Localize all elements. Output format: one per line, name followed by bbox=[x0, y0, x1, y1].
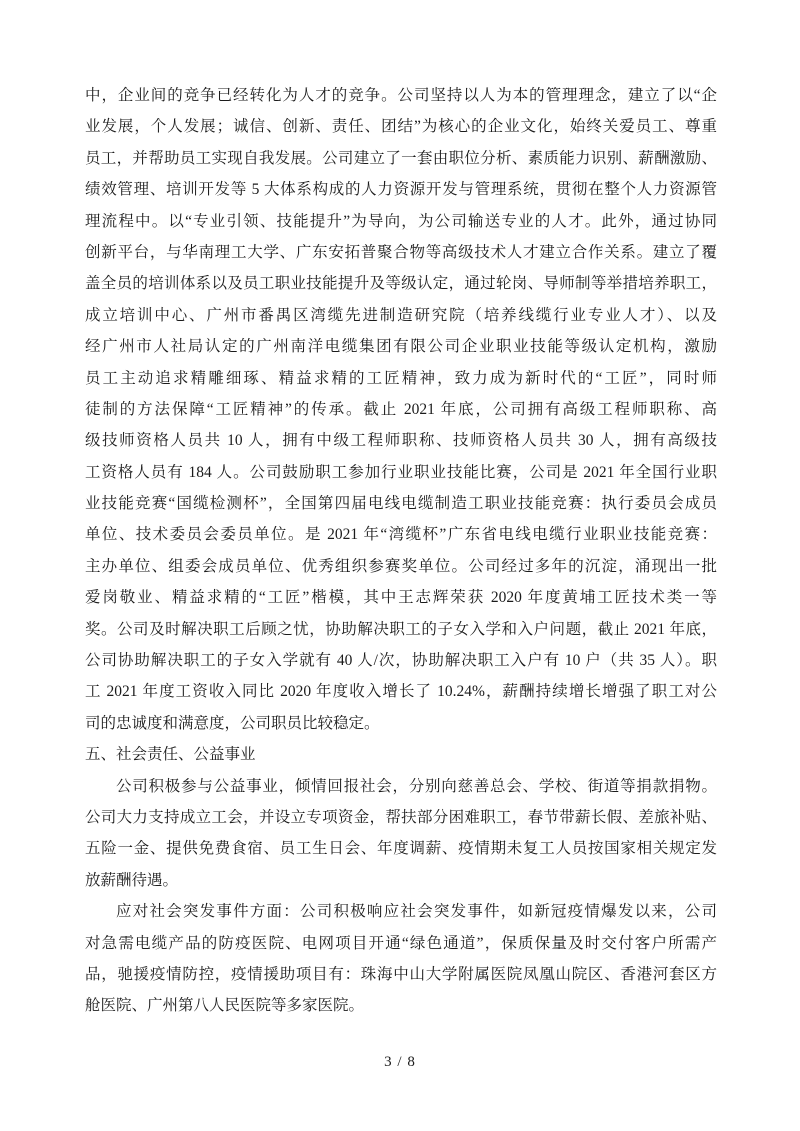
body-line: 盖全员的培训体系以及员工职业技能提升及等级认定，通过轮岗、导师制等举措培养职工， bbox=[85, 268, 717, 299]
page-body: 中，企业间的竞争已经转化为人才的竞争。公司坚持以人为本的管理理念，建立了以“企 … bbox=[85, 80, 717, 1022]
body-line: 理流程中。以“专业引领、技能提升”为导向，为公司输送专业的人才。此外，通过协同 bbox=[85, 206, 717, 237]
document-page: 中，企业间的竞争已经转化为人才的竞争。公司坚持以人为本的管理理念，建立了以“企 … bbox=[0, 0, 800, 1131]
body-line: 主办单位、组委会成员单位、优秀组织参赛奖单位。公司经过多年的沉淀，涌现出一批 bbox=[85, 551, 717, 582]
body-line: 工 2021 年度工资收入同比 2020 年度收入增长了 10.24%，薪酬持续… bbox=[85, 676, 717, 707]
body-line: 放薪酬待遇。 bbox=[85, 865, 717, 896]
body-line: 成立培训中心、广州市番禺区湾缆先进制造研究院（培养线缆行业专业人才）、以及 bbox=[85, 300, 717, 331]
body-line: 业发展，个人发展；诚信、创新、责任、团结”为核心的企业文化，始终关爱员工、尊重 bbox=[85, 111, 717, 142]
body-line: 员工，并帮助员工实现自我发展。公司建立了一套由职位分析、素质能力识别、薪酬激励、 bbox=[85, 143, 717, 174]
body-line: 品，驰援疫情防控，疫情援助项目有：珠海中山大学附属医院凤凰山院区、香港河套区方 bbox=[85, 959, 717, 990]
body-line: 创新平台，与华南理工大学、广东安拓普聚合物等高级技术人才建立合作关系。建立了覆 bbox=[85, 237, 717, 268]
body-line: 徒制的方法保障“工匠精神”的传承。截止 2021 年底，公司拥有高级工程师职称、… bbox=[85, 394, 717, 425]
body-line: 应对社会突发事件方面：公司积极响应社会突发事件，如新冠疫情爆发以来，公司 bbox=[85, 896, 717, 927]
body-line: 单位、技术委员会委员单位。是 2021 年“湾缆杯”广东省电线电缆行业职业技能竞… bbox=[85, 519, 717, 550]
body-line: 员工主动追求精雕细琢、精益求精的工匠精神，致力成为新时代的“工匠”，同时师 bbox=[85, 363, 717, 394]
body-line: 五险一金、提供免费食宿、员工生日会、年度调薪、疫情期未复工人员按国家相关规定发 bbox=[85, 833, 717, 864]
body-line: 级技师资格人员共 10 人，拥有中级工程师职称、技师资格人员共 30 人，拥有高… bbox=[85, 425, 717, 456]
section-heading: 五、社会责任、公益事业 bbox=[85, 739, 717, 770]
body-line: 对急需电缆产品的防疫医院、电网项目开通“绿色通道”，保质保量及时交付客户所需产 bbox=[85, 928, 717, 959]
body-line: 绩效管理、培训开发等 5 大体系构成的人力资源开发与管理系统，贯彻在整个人力资源… bbox=[85, 174, 717, 205]
body-line: 中，企业间的竞争已经转化为人才的竞争。公司坚持以人为本的管理理念，建立了以“企 bbox=[85, 80, 717, 111]
body-line: 公司大力支持成立工会，并设立专项资金，帮扶部分困难职工，春节带薪长假、差旅补贴、 bbox=[85, 802, 717, 833]
body-line: 爱岗敬业、精益求精的“工匠”楷模，其中王志辉荣获 2020 年度黄埔工匠技术类一… bbox=[85, 582, 717, 613]
body-line: 经广州市人社局认定的广州南洋电缆集团有限公司企业职业技能等级认定机构，激励 bbox=[85, 331, 717, 362]
body-line: 公司积极参与公益事业，倾情回报社会，分别向慈善总会、学校、街道等捐款捐物。 bbox=[85, 771, 717, 802]
body-line: 业技能竞赛“国缆检测杯”，全国第四届电线电缆制造工职业技能竞赛：执行委员会成员 bbox=[85, 488, 717, 519]
page-number: 3 / 8 bbox=[0, 1050, 800, 1074]
body-line: 公司协助解决职工的子女入学就有 40 人/次，协助解决职工入户有 10 户（共 … bbox=[85, 645, 717, 676]
body-line: 舱医院、广州第八人民医院等多家医院。 bbox=[85, 990, 717, 1021]
body-line: 司的忠诚度和满意度，公司职员比较稳定。 bbox=[85, 708, 717, 739]
body-line: 工资格人员有 184 人。公司鼓励职工参加行业职业技能比赛，公司是 2021 年… bbox=[85, 457, 717, 488]
body-line: 奖。公司及时解决职工后顾之忧，协助解决职工的子女入学和入户问题，截止 2021 … bbox=[85, 614, 717, 645]
